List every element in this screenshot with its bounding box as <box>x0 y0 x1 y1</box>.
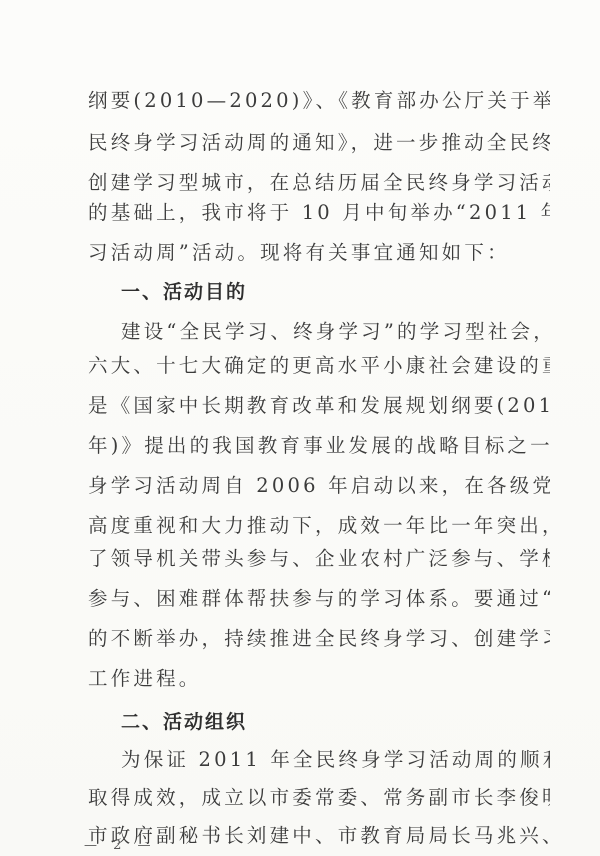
paragraph-line: 工作进程。 <box>88 667 550 691</box>
paragraph-line: 纲要(2010—2020)》、《教育部办公厅关于举办 2011 年全 <box>88 89 550 113</box>
paragraph-line: 了领导机关带头参与、企业农村广泛参与、学校社区互动 <box>88 547 550 571</box>
paragraph-line: 创建学习型城市，在总结历届全民终身学习活动周经验 <box>88 171 550 195</box>
paragraph-line: 习活动周”活动。现将有关事宜通知如下： <box>88 241 550 265</box>
paragraph-line: 六大、十七大确定的更高水平小康社会建设的重要内容， <box>88 354 550 378</box>
page-number: — 2 — <box>84 838 157 853</box>
paragraph-line: 的基础上，我市将于 10 月中旬举办“2011 年全民终身学 <box>88 201 550 225</box>
paragraph-line: 年)》提出的我国教育事业发展的战略目标之一。全民终 <box>88 434 550 458</box>
section-heading-organization: 二、活动组织 <box>121 710 247 734</box>
paragraph-line: 身学习活动周自 2006 年启动以来，在各级党委、政府的 <box>88 474 550 498</box>
paragraph-line: 民终身学习活动周的通知》，进一步推动全民终身学习， <box>88 131 550 155</box>
section-heading-purpose: 一、活动目的 <box>121 280 247 304</box>
paragraph-line: 为保证 2011 年全民终身学习活动周的顺利开展，并 <box>121 748 550 772</box>
paragraph-line: 建设“全民学习、终身学习”的学习型社会，是党的十 <box>121 320 550 344</box>
paragraph-line: 高度重视和大力推动下，成效一年比一年突出，初步形成 <box>88 514 550 538</box>
paragraph-line: 的不断举办，持续推进全民终身学习、创建学习型城市的 <box>88 627 550 651</box>
paragraph-line: 是《国家中长期教育改革和发展规划纲要(2010－2020 <box>88 394 550 418</box>
paragraph-line: 参与、困难群体帮扶参与的学习体系。要通过“学习周” <box>88 587 550 611</box>
paragraph-line: 市政府副秘书长刘建中、市教育局局长马兆兴、市委宣传 <box>88 824 550 848</box>
document-page: 纲要(2010—2020)》、《教育部办公厅关于举办 2011 年全 民终身学习… <box>0 0 600 856</box>
paragraph-line: 取得成效，成立以市委常委、常务副市长李俊明为组长， <box>88 786 550 810</box>
